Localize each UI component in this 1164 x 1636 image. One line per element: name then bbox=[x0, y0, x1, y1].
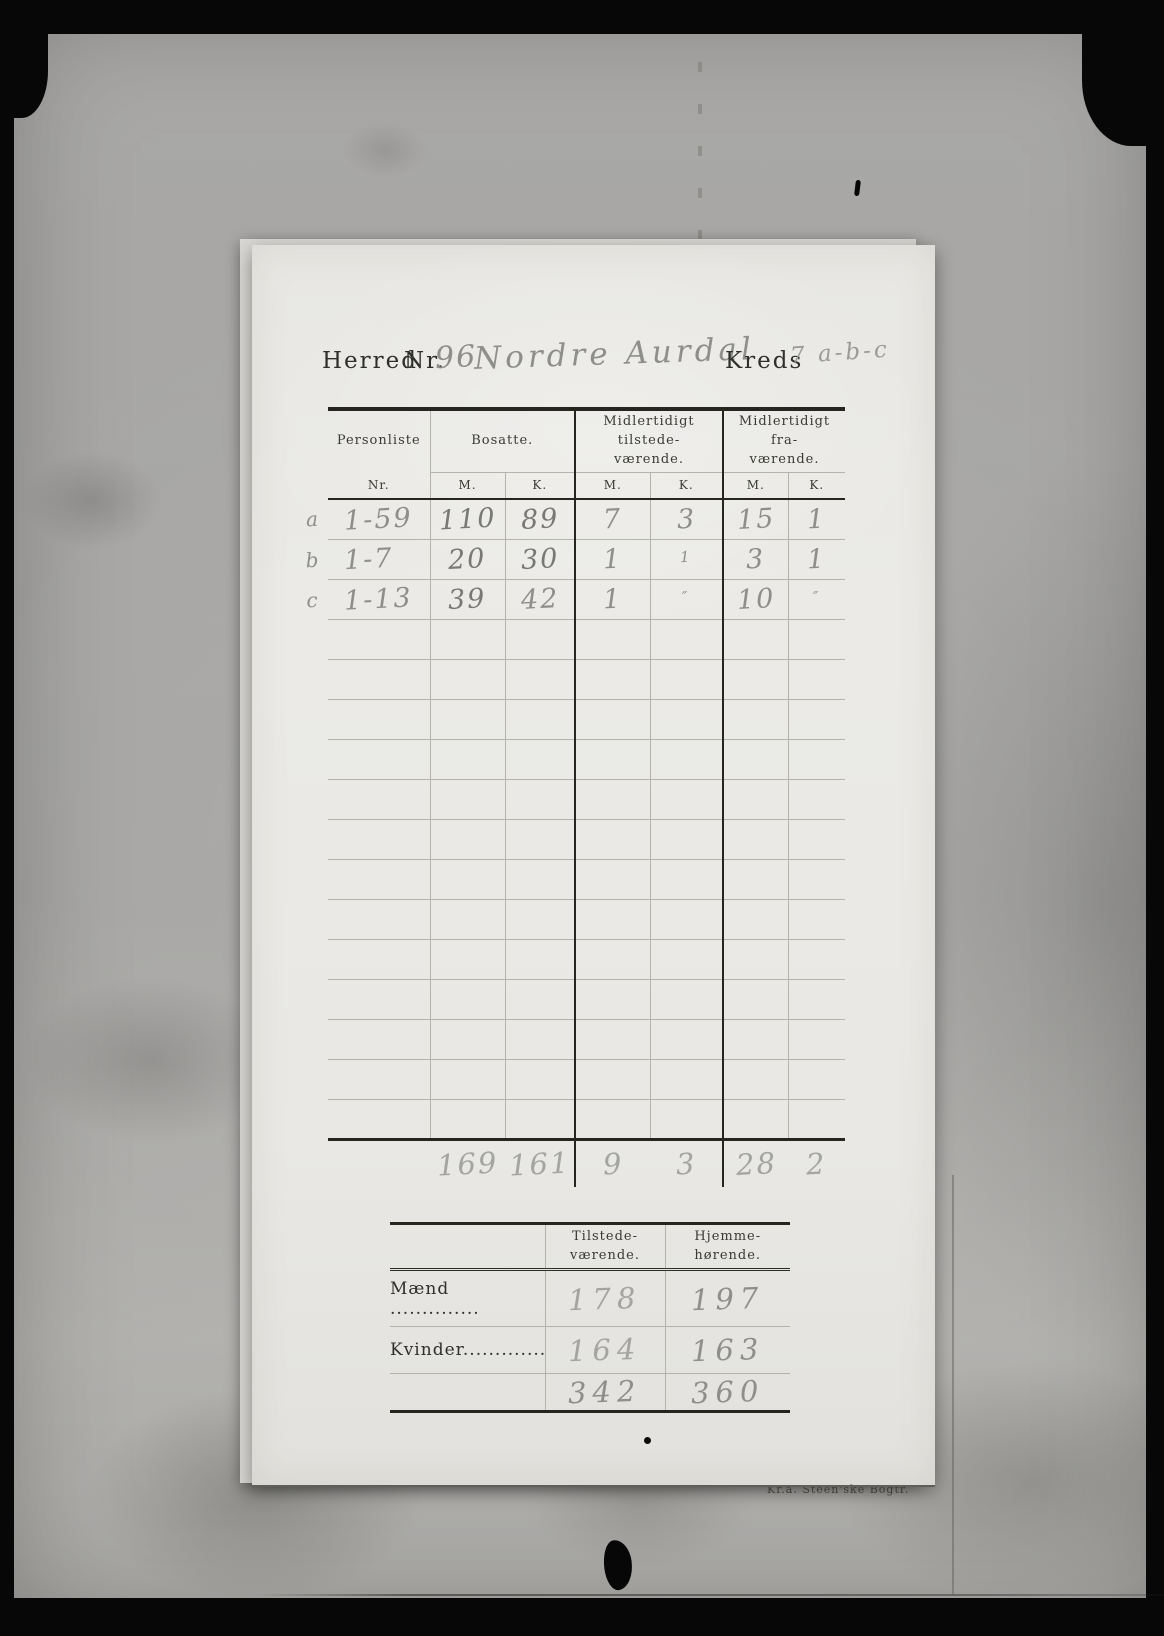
table-cell-blank bbox=[328, 939, 430, 979]
list-letter-c: c bbox=[301, 587, 324, 612]
cell-tilstede-k: 1 bbox=[650, 539, 723, 579]
table-cell-blank bbox=[723, 779, 788, 819]
table-cell-blank bbox=[328, 1099, 430, 1139]
cell-fravaerende-m: 10 bbox=[723, 579, 788, 619]
table-cell-blank bbox=[430, 1059, 505, 1099]
film-corner-top-right bbox=[1082, 0, 1164, 146]
cell-bosatte-m: 110 bbox=[430, 499, 505, 539]
total-tilstede-k: 3 bbox=[650, 1139, 723, 1187]
table-row-c: 1-13 39 42 1 ″ 10 ″ bbox=[328, 579, 845, 619]
cell-bosatte-k: 42 bbox=[505, 579, 575, 619]
table-cell-blank bbox=[575, 779, 650, 819]
summary-totals-spacer bbox=[390, 1374, 545, 1412]
subheader-m: M. bbox=[723, 472, 788, 499]
table-cell-blank bbox=[505, 699, 575, 739]
table-cell-blank bbox=[328, 899, 430, 939]
list-letter-b: b bbox=[301, 547, 324, 572]
table-cell-blank bbox=[430, 1019, 505, 1059]
total-tilstede-value: 342 bbox=[545, 1374, 665, 1412]
table-cell-blank bbox=[575, 859, 650, 899]
film-corner-top-left bbox=[0, 0, 48, 118]
total-bosatte-k: 161 bbox=[505, 1139, 575, 1187]
maend-tilstede-value: 178 bbox=[545, 1270, 665, 1327]
table-row-a: 1-59 110 89 7 3 15 1 bbox=[328, 499, 845, 539]
col-group-midlertidigt-tilstede: Midlertidigt tilstede- værende. bbox=[575, 409, 723, 472]
table-cell-blank bbox=[723, 979, 788, 1019]
table-row-blank bbox=[328, 979, 845, 1019]
table-cell-blank bbox=[505, 779, 575, 819]
cell-nr: 1-59 bbox=[328, 499, 430, 539]
table-cell-blank bbox=[650, 979, 723, 1019]
table-row-blank bbox=[328, 1099, 845, 1139]
cell-tilstede-k: 3 bbox=[650, 499, 723, 539]
table-cell-blank bbox=[505, 619, 575, 659]
table-cell-blank bbox=[650, 1059, 723, 1099]
table-cell-blank bbox=[788, 1099, 845, 1139]
table-cell-blank bbox=[788, 1019, 845, 1059]
total-tilstede-m: 9 bbox=[575, 1139, 650, 1187]
table-row-blank bbox=[328, 659, 845, 699]
total-fravaerende-m: 28 bbox=[723, 1139, 788, 1187]
table-cell-blank bbox=[505, 899, 575, 939]
table-row-b: 1-7 20 30 1 1 3 1 bbox=[328, 539, 845, 579]
table-cell-blank bbox=[430, 819, 505, 859]
cell-bosatte-k: 30 bbox=[505, 539, 575, 579]
summary-table: Tilstede- værende. Hjemme- hørende. Mænd… bbox=[390, 1222, 790, 1413]
table-cell-blank bbox=[788, 699, 845, 739]
table-cell-blank bbox=[788, 899, 845, 939]
main-table-head: Personliste Bosatte. Midlertidigt tilste… bbox=[328, 409, 845, 499]
sub-header-row: Nr. M. K. M. K. M. K. bbox=[328, 472, 845, 499]
table-cell-blank bbox=[788, 859, 845, 899]
maend-label: Mænd .............. bbox=[390, 1270, 545, 1327]
total-fravaerende-k: 2 bbox=[788, 1139, 845, 1187]
table-row-blank bbox=[328, 699, 845, 739]
summary-label-spacer bbox=[390, 1224, 545, 1270]
cell-fravaerende-m: 15 bbox=[723, 499, 788, 539]
form-header: Herred Nr. 96 Nordre Aurdal Kreds 7 a-b-… bbox=[252, 340, 935, 390]
table-cell-blank bbox=[505, 979, 575, 1019]
table-cell-blank bbox=[723, 659, 788, 699]
table-cell-blank bbox=[788, 619, 845, 659]
table-cell-blank bbox=[723, 619, 788, 659]
table-cell-blank bbox=[430, 1099, 505, 1139]
table-cell-blank bbox=[328, 819, 430, 859]
table-cell-blank bbox=[505, 819, 575, 859]
table-cell-blank bbox=[650, 779, 723, 819]
kvinder-tilstede-value: 164 bbox=[545, 1327, 665, 1374]
table-cell-blank bbox=[328, 979, 430, 1019]
table-cell-blank bbox=[650, 939, 723, 979]
table-cell-blank bbox=[723, 859, 788, 899]
table-cell-blank bbox=[575, 939, 650, 979]
summary-header-row: Tilstede- værende. Hjemme- hørende. bbox=[390, 1224, 790, 1270]
list-letter-a: a bbox=[301, 506, 324, 531]
table-row-blank bbox=[328, 739, 845, 779]
cell-fravaerende-k: ″ bbox=[788, 579, 845, 619]
table-cell-blank bbox=[575, 899, 650, 939]
summary-row-maend: Mænd .............. 178 197 bbox=[390, 1270, 790, 1327]
table-row-blank bbox=[328, 819, 845, 859]
scanned-photo: Herred Nr. 96 Nordre Aurdal Kreds 7 a-b-… bbox=[0, 0, 1164, 1636]
table-cell-blank bbox=[650, 739, 723, 779]
cell-nr: 1-7 bbox=[328, 539, 430, 579]
summary-totals-row: 342 360 bbox=[390, 1374, 790, 1412]
table-row-blank bbox=[328, 779, 845, 819]
table-cell-blank bbox=[505, 1059, 575, 1099]
main-table-totals: 169 161 9 3 28 2 bbox=[328, 1139, 845, 1187]
background-seam bbox=[952, 1175, 954, 1595]
table-cell-blank bbox=[788, 659, 845, 699]
cell-fravaerende-k: 1 bbox=[788, 539, 845, 579]
table-cell-blank bbox=[575, 699, 650, 739]
table-cell-blank bbox=[575, 1059, 650, 1099]
kvinder-hjemme-value: 163 bbox=[665, 1327, 790, 1374]
table-row-blank bbox=[328, 1059, 845, 1099]
table-row-blank bbox=[328, 1019, 845, 1059]
table-cell-blank bbox=[430, 899, 505, 939]
table-cell-blank bbox=[650, 659, 723, 699]
table-cell-blank bbox=[430, 779, 505, 819]
cell-tilstede-m: 7 bbox=[575, 499, 650, 539]
table-cell-blank bbox=[650, 899, 723, 939]
table-cell-blank bbox=[505, 1019, 575, 1059]
table-cell-blank bbox=[723, 1059, 788, 1099]
kvinder-label: Kvinder............. bbox=[390, 1327, 545, 1374]
table-cell-blank bbox=[723, 739, 788, 779]
table-cell-blank bbox=[788, 1059, 845, 1099]
table-cell-blank bbox=[430, 619, 505, 659]
table-cell-blank bbox=[430, 979, 505, 1019]
table-cell-blank bbox=[430, 939, 505, 979]
subheader-m: M. bbox=[430, 472, 505, 499]
cell-tilstede-m: 1 bbox=[575, 539, 650, 579]
herred-name-handwritten: Nordre Aurdal bbox=[473, 331, 755, 377]
cell-fravaerende-m: 3 bbox=[723, 539, 788, 579]
group-header-row: Personliste Bosatte. Midlertidigt tilste… bbox=[328, 409, 845, 472]
film-edge-bottom bbox=[0, 1598, 1164, 1636]
cell-fravaerende-k: 1 bbox=[788, 499, 845, 539]
printer-imprint: Kr.a. Steen'ske Bogtr. bbox=[767, 1483, 909, 1496]
summary-row-kvinder: Kvinder............. 164 163 bbox=[390, 1327, 790, 1374]
scratch-line bbox=[255, 1594, 1164, 1596]
table-cell-blank bbox=[575, 819, 650, 859]
table-cell-blank bbox=[430, 859, 505, 899]
table-cell-blank bbox=[505, 739, 575, 779]
summary-col-hjemmehoerende: Hjemme- hørende. bbox=[665, 1224, 790, 1270]
table-cell-blank bbox=[788, 979, 845, 1019]
table-cell-blank bbox=[430, 699, 505, 739]
table-cell-blank bbox=[650, 859, 723, 899]
table-cell-blank bbox=[505, 939, 575, 979]
table-cell-blank bbox=[650, 1019, 723, 1059]
table-cell-blank bbox=[575, 659, 650, 699]
table-cell-blank bbox=[650, 819, 723, 859]
total-hjemme-value: 360 bbox=[665, 1374, 790, 1412]
table-cell-blank bbox=[505, 859, 575, 899]
table-cell-blank bbox=[650, 699, 723, 739]
table-cell-blank bbox=[328, 779, 430, 819]
table-cell-blank bbox=[328, 619, 430, 659]
table-cell-blank bbox=[328, 659, 430, 699]
col-group-bosatte: Bosatte. bbox=[430, 409, 575, 472]
table-cell-blank bbox=[505, 659, 575, 699]
cell-tilstede-k: ″ bbox=[650, 579, 723, 619]
film-edge-right bbox=[1146, 0, 1164, 1636]
summary-col-tilstedevaerende: Tilstede- værende. bbox=[545, 1224, 665, 1270]
table-cell-blank bbox=[430, 739, 505, 779]
table-cell-blank bbox=[788, 819, 845, 859]
table-cell-blank bbox=[328, 1059, 430, 1099]
table-cell-blank bbox=[505, 1099, 575, 1139]
cell-tilstede-m: 1 bbox=[575, 579, 650, 619]
table-cell-blank bbox=[788, 779, 845, 819]
cell-nr: 1-13 bbox=[328, 579, 430, 619]
table-row-blank bbox=[328, 939, 845, 979]
herred-number-handwritten: 96 bbox=[434, 339, 478, 376]
table-row-blank bbox=[328, 619, 845, 659]
subheader-m: M. bbox=[575, 472, 650, 499]
ink-dot bbox=[644, 1437, 651, 1444]
table-cell-blank bbox=[575, 1019, 650, 1059]
table-cell-blank bbox=[430, 659, 505, 699]
table-cell-blank bbox=[328, 699, 430, 739]
maend-hjemme-value: 197 bbox=[665, 1270, 790, 1327]
subheader-k: K. bbox=[788, 472, 845, 499]
kreds-value-handwritten: 7 a-b-c bbox=[789, 337, 890, 370]
cell-bosatte-m: 39 bbox=[430, 579, 505, 619]
table-cell-blank bbox=[328, 1019, 430, 1059]
table-row-blank bbox=[328, 859, 845, 899]
table-cell-blank bbox=[575, 619, 650, 659]
col-group-personliste: Personliste bbox=[328, 409, 430, 472]
table-cell-blank bbox=[788, 739, 845, 779]
totals-nr-empty bbox=[328, 1139, 430, 1187]
film-edge-top bbox=[0, 0, 1164, 34]
table-cell-blank bbox=[328, 739, 430, 779]
col-group-midlertidigt-fravaerende: Midlertidigt fra- værende. bbox=[723, 409, 845, 472]
total-bosatte-m: 169 bbox=[430, 1139, 505, 1187]
main-table: Personliste Bosatte. Midlertidigt tilste… bbox=[328, 407, 845, 1187]
table-cell-blank bbox=[723, 1019, 788, 1059]
table-cell-blank bbox=[723, 819, 788, 859]
census-form-paper: Herred Nr. 96 Nordre Aurdal Kreds 7 a-b-… bbox=[252, 245, 935, 1485]
table-cell-blank bbox=[723, 899, 788, 939]
cell-bosatte-m: 20 bbox=[430, 539, 505, 579]
table-cell-blank bbox=[788, 939, 845, 979]
totals-row: 169 161 9 3 28 2 bbox=[328, 1139, 845, 1187]
table-cell-blank bbox=[328, 859, 430, 899]
subheader-k: K. bbox=[505, 472, 575, 499]
table-cell-blank bbox=[650, 619, 723, 659]
table-cell-blank bbox=[575, 979, 650, 1019]
main-table-body: 1-59 110 89 7 3 15 1 1-7 20 30 1 1 3 1 bbox=[328, 499, 845, 1139]
film-edge-left bbox=[0, 0, 14, 1636]
table-cell-blank bbox=[723, 939, 788, 979]
table-cell-blank bbox=[723, 1099, 788, 1139]
cell-bosatte-k: 89 bbox=[505, 499, 575, 539]
subheader-nr: Nr. bbox=[328, 472, 430, 499]
table-row-blank bbox=[328, 899, 845, 939]
table-cell-blank bbox=[650, 1099, 723, 1139]
table-cell-blank bbox=[575, 1099, 650, 1139]
table-cell-blank bbox=[575, 739, 650, 779]
table-cell-blank bbox=[723, 699, 788, 739]
subheader-k: K. bbox=[650, 472, 723, 499]
